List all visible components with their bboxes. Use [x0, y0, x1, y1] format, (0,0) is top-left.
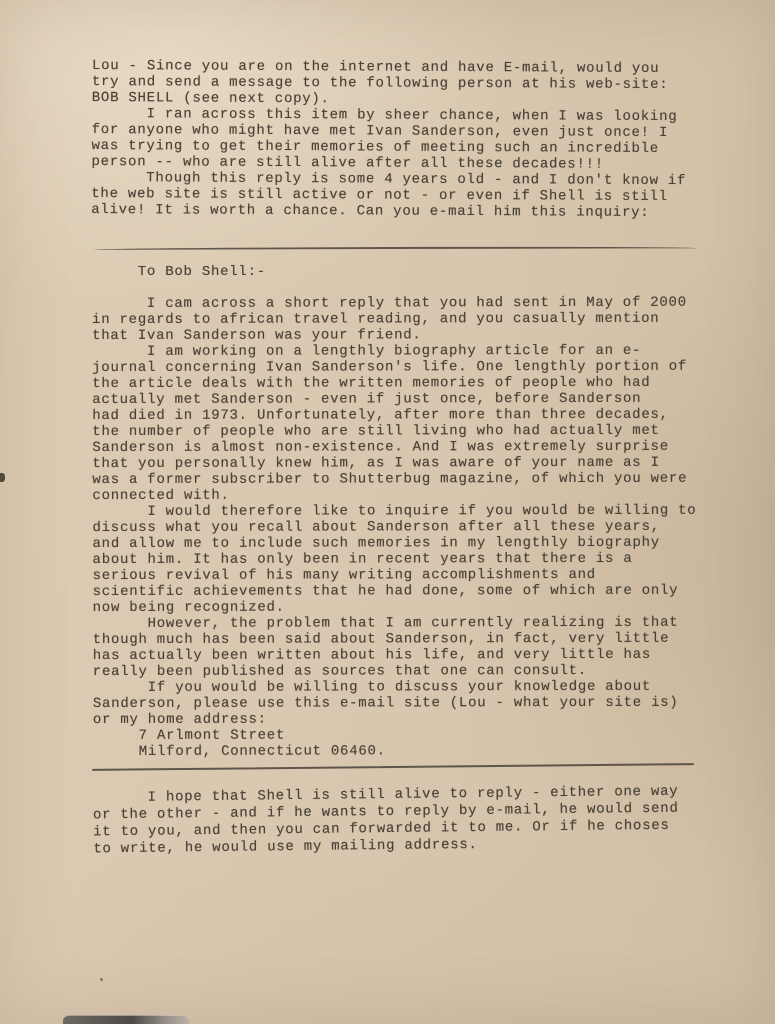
text-line: Milford, Connecticut 06460. [93, 743, 697, 760]
text-line: 7 Arlmont Street [93, 727, 697, 744]
text-line: though much has been said about Sanderso… [93, 631, 697, 648]
text-line: However, the problem that I am currently… [93, 615, 697, 632]
text-line: the number of people who are still livin… [92, 423, 696, 440]
text-line: that you personally knew him, as I was a… [92, 455, 696, 472]
text-line: about him. It has only been in recent ye… [93, 551, 697, 568]
text-line: the article deals with the written memor… [92, 375, 696, 392]
text-line: I cam across a short reply that you had … [92, 295, 696, 312]
intro-note: Lou - Since you are on the internet and … [91, 58, 687, 221]
text-line: I would therefore like to inquire if you… [92, 503, 696, 520]
text-line: If you would be willing to discuss your … [93, 679, 697, 696]
text-line: scientific achievements that he had done… [93, 583, 697, 600]
letter-page: Lou - Since you are on the internet and … [0, 0, 775, 1024]
text-line: that Ivan Sanderson was your friend. [92, 327, 696, 344]
text-line: and allow me to include such memories in… [93, 535, 697, 552]
salutation: To Bob Shell:- [92, 264, 266, 280]
text-line: or my home address: [93, 711, 697, 728]
text-line: discuss what you recall about Sanderson … [92, 519, 696, 536]
top-divider-rule [93, 246, 697, 250]
text-line: connected with. [92, 487, 696, 504]
text-line: Sanderson is almost non-existence. And I… [92, 439, 696, 456]
letter-body: I cam across a short reply that you had … [92, 295, 697, 760]
bottom-edge-object [63, 1015, 189, 1024]
text-line: in regards to african travel reading, an… [92, 311, 696, 328]
bottom-divider-rule [92, 763, 694, 771]
text-line: I am working on a lengthly biography art… [92, 343, 696, 360]
left-edge-mark [0, 473, 5, 482]
text-line: actually met Sanderson - even if just on… [92, 391, 696, 408]
text-line: now being recognized. [93, 599, 697, 616]
text-line: Sanderson, please use this e-mail site (… [93, 695, 697, 712]
text-line: has actually been written about his life… [93, 647, 697, 664]
text-line: journal concerning Ivan Sanderson's life… [92, 359, 696, 376]
closing-note: I hope that Shell is still alive to repl… [93, 784, 679, 859]
text-line: alive! It is worth a chance. Can you e-m… [91, 202, 686, 221]
text-line: really been published as sources that on… [93, 663, 697, 680]
text-line: had died in 1973. Unfortunately, after m… [92, 407, 696, 424]
dust-speck [100, 978, 103, 981]
text-line: serious revival of his many writing acco… [93, 567, 697, 584]
text-line: was a former subscriber to Shutterbug ma… [92, 471, 696, 488]
